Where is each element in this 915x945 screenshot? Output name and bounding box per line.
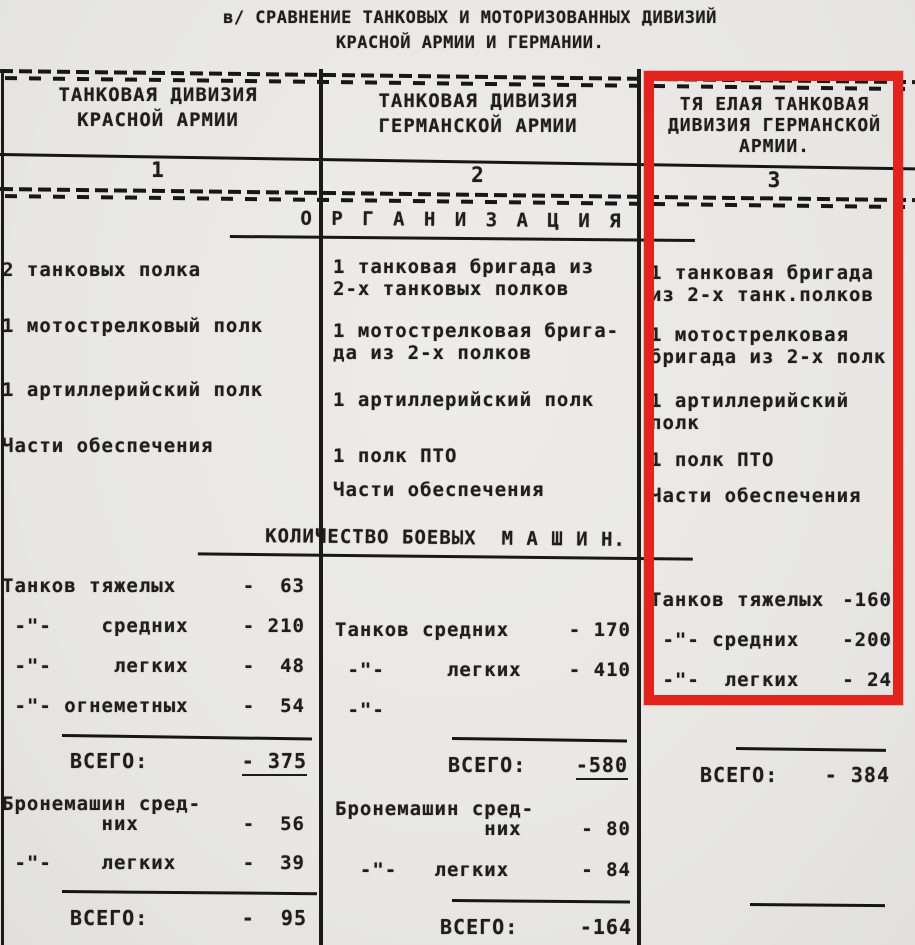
- count-row: -"- легких - 84: [335, 858, 631, 882]
- count-label: -"- огнеметных: [2, 694, 189, 718]
- org-col1-item: 2 танковых полка: [2, 258, 201, 282]
- count-value: - 410: [569, 658, 631, 682]
- count-value: - 48: [243, 654, 305, 678]
- count-value: - 170: [569, 618, 631, 642]
- org-col1-item: 1 артиллерийский полк: [2, 378, 263, 402]
- org-col2-item: Части обеспечения: [333, 478, 544, 502]
- count-label: -"- легких: [335, 858, 509, 882]
- total-value: - 95: [242, 906, 307, 930]
- column2-number: 2: [328, 163, 628, 187]
- column1-header: ТАНКОВАЯ ДИВИЗИЯ КРАСНОЙ АРМИИ: [8, 83, 308, 133]
- count-row: -"-: [335, 698, 631, 722]
- count-value: - 39: [243, 851, 305, 875]
- count-label: -"- легких: [2, 851, 176, 875]
- total-row: ВСЕГО: -580: [448, 753, 628, 780]
- count-value: - 63: [243, 574, 305, 598]
- org-col2-item: 1 артиллерийский полк: [333, 388, 594, 412]
- red-highlight-box: [644, 71, 903, 705]
- count-label: них: [335, 817, 522, 841]
- count-value: - 84: [581, 858, 631, 882]
- sum-rule: [452, 899, 630, 904]
- count-row: -"- огнеметных - 54: [2, 694, 305, 718]
- total-label: ВСЕГО:: [70, 749, 148, 776]
- total-row: ВСЕГО: - 375: [70, 749, 307, 776]
- total-row: ВСЕГО: - 95: [70, 906, 307, 930]
- count-label: Танков средних: [335, 618, 509, 642]
- total-label: ВСЕГО:: [700, 763, 778, 787]
- org-col2-item: 1 мотострелковая брига- да из 2-х полков: [333, 320, 619, 364]
- column1-number: 1: [8, 158, 308, 182]
- total-row: ВСЕГО: - 384: [700, 763, 890, 787]
- total-label: ВСЕГО:: [440, 915, 518, 939]
- count-row: Танков средних - 170: [335, 618, 631, 642]
- total-value: - 384: [825, 763, 890, 787]
- org-col1-item: 1 мотострелковый полк: [2, 314, 263, 338]
- count-row: -"- легких - 48: [2, 654, 305, 678]
- sum-rule: [736, 747, 886, 752]
- total-label: ВСЕГО:: [448, 753, 526, 780]
- organization-section-heading: О Р Г А Н И З А Ц И Я: [230, 206, 695, 242]
- org-col2-item: 1 танковая бригада из 2-х танковых полко…: [333, 256, 594, 300]
- column-divider-2: [637, 69, 641, 945]
- total-value: -580: [576, 753, 628, 780]
- total-value: - 375: [242, 749, 307, 776]
- vehicle-counts-section-heading: КОЛИЧЕСТВО БОЕВЫХ М А Ш И Н.: [198, 523, 693, 560]
- total-label: ВСЕГО:: [70, 906, 148, 930]
- count-value: - 54: [243, 694, 305, 718]
- count-row: Танков тяжелых - 63: [2, 574, 305, 598]
- document-title: в/ СРАВНЕНИЕ ТАНКОВЫХ И МОТОРИЗОВАННЫХ Д…: [170, 6, 770, 56]
- count-label: -"- легких: [335, 658, 522, 682]
- count-value: - 210: [243, 614, 305, 638]
- sum-rule: [62, 734, 312, 740]
- count-row: -"- легких - 410: [335, 658, 631, 682]
- total-row: ВСЕГО: -164: [440, 915, 632, 939]
- count-row: -"- легких - 39: [2, 851, 305, 875]
- sum-rule: [62, 890, 317, 895]
- total-value: -164: [580, 915, 632, 939]
- count-label: Танков тяжелых: [2, 574, 176, 598]
- count-value: - 56: [243, 812, 305, 836]
- count-value: - 80: [581, 817, 631, 841]
- count-label: -"- средних: [2, 614, 189, 638]
- org-col1-item: Части обеспечения: [2, 434, 213, 458]
- count-label: них: [2, 812, 139, 836]
- count-row: них - 80: [335, 817, 631, 841]
- count-label: -"-: [335, 698, 385, 722]
- org-col2-item: 1 полк ПТО: [333, 444, 457, 468]
- column2-header: ТАНКОВАЯ ДИВИЗИЯ ГЕРМАНСКОЙ АРМИИ: [328, 89, 628, 139]
- sum-rule: [452, 737, 627, 742]
- column-divider-1: [319, 69, 323, 945]
- count-row: -"- средних - 210: [2, 614, 305, 638]
- count-label: -"- легких: [2, 654, 189, 678]
- sum-rule: [750, 903, 885, 907]
- count-row: них - 56: [2, 812, 305, 836]
- scanned-document-page: в/ СРАВНЕНИЕ ТАНКОВЫХ И МОТОРИЗОВАННЫХ Д…: [0, 0, 915, 945]
